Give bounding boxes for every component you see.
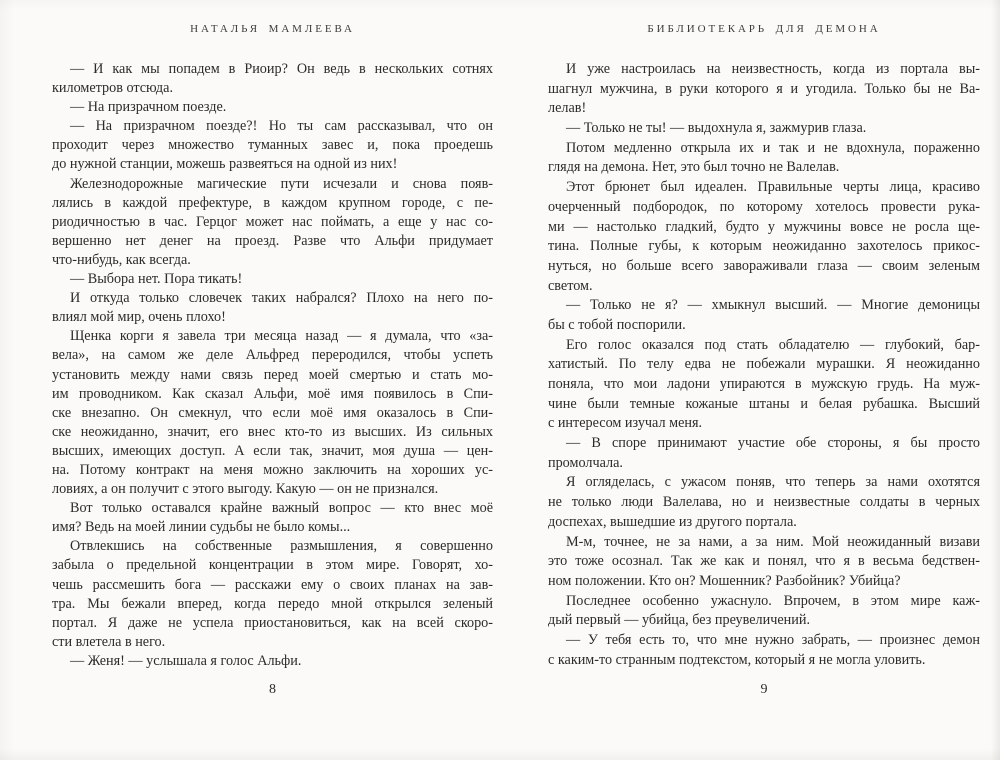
paragraph: Последнее особенно ужаснуло. Впрочем, в … (548, 592, 980, 631)
text-line: риодичностью в час. Герцог может нас пой… (52, 213, 493, 232)
text-line: вершенно нет денег на проезд. Разве что … (52, 232, 493, 251)
text-line: хатистый. По телу едва не побежали мураш… (548, 355, 980, 375)
text-line: Я огляделась, с ужасом поняв, что теперь… (548, 473, 980, 493)
running-header-title: БИБЛИОТЕКАРЬ ДЛЯ ДЕМОНА (548, 22, 980, 36)
paragraph: — Женя! — услышала я голос Альфи. (52, 652, 493, 671)
paragraph: Этот брюнет был идеален. Правильные черт… (548, 178, 980, 296)
paragraph: И откуда только словечек таких набрался?… (52, 289, 493, 327)
page-right: БИБЛИОТЕКАРЬ ДЛЯ ДЕМОНА И уже настроилас… (548, 0, 980, 760)
text-line: вела», на самом же деле Альфред перероди… (52, 346, 493, 365)
text-line: шагнул мужчина, в руки которого я и угод… (548, 80, 980, 100)
paragraph: Вот только оставался крайне важный вопро… (52, 499, 493, 537)
paragraph: — На призрачном поезде. (52, 98, 493, 117)
text-line: очерченный подбородок, по которому хотел… (548, 198, 980, 218)
text-line: — На призрачном поезде?! Но ты сам расск… (52, 117, 493, 136)
text-line: Этот брюнет был идеален. Правильные черт… (548, 178, 980, 198)
text-line: — У тебя есть то, что мне нужно забрать,… (548, 631, 980, 651)
paragraph: Щенка корги я завела три месяца назад — … (52, 327, 493, 499)
paragraph: — На призрачном поезде?! Но ты сам расск… (52, 117, 493, 174)
text-line: — И как мы попадем в Риоир? Он ведь в не… (52, 60, 493, 79)
paragraph: Его голос оказался под стать обладателю … (548, 336, 980, 434)
text-line: Вот только оставался крайне важный вопро… (52, 499, 493, 518)
paragraph: — У тебя есть то, что мне нужно забрать,… (548, 631, 980, 670)
text-line: на. Потому контракт на меня можно заключ… (52, 461, 493, 480)
text-line: высших, имеющих доступ. А если так, знач… (52, 442, 493, 461)
text-line: лелав! (548, 99, 980, 119)
text-line: — На призрачном поезде. (52, 98, 493, 117)
text-line: Потом медленно открыла их и так и не вдо… (548, 139, 980, 159)
text-line: лялись в каждой префектуре, в каждом кру… (52, 194, 493, 213)
text-line: Отвлекшись на собственные размышления, я… (52, 537, 493, 556)
paragraph: И уже настроилась на неизвестность, когд… (548, 60, 980, 119)
text-line: — Выбора нет. Пора тикать! (52, 270, 493, 289)
text-line: им проводником. Как сказал Альфи, моё им… (52, 385, 493, 404)
text-line: имя? Ведь на моей линии судьбы не было к… (52, 518, 493, 537)
text-line: нуться, но больше всего завораживали гла… (548, 257, 980, 277)
paragraph: — И как мы попадем в Риоир? Он ведь в не… (52, 60, 493, 98)
text-line: Последнее особенно ужаснуло. Впрочем, в … (548, 592, 980, 612)
text-line: влиял мой мир, очень плохо! (52, 308, 493, 327)
text-line: ловиях, а он получит с этого выгоду. Как… (52, 480, 493, 499)
text-line: М-м, точнее, не за нами, а за ним. Мой н… (548, 533, 980, 553)
paragraph: М-м, точнее, не за нами, а за ним. Мой н… (548, 533, 980, 592)
paragraph: — Только не я? — хмыкнул высший. — Многи… (548, 296, 980, 335)
page-number-left: 8 (52, 681, 493, 699)
text-line: бы с тобой поспорили. (548, 316, 980, 336)
text-line: поняла, что мои ладони упираются в мужск… (548, 375, 980, 395)
text-line: ске неожиданно, значит, его внес кто-то … (52, 423, 493, 442)
text-line: промолчала. (548, 454, 980, 474)
paragraph: Железнодорожные магические пути исчезали… (52, 175, 493, 270)
text-line: Щенка корги я завела три месяца назад — … (52, 327, 493, 346)
text-line: установить между нами связь перед моей с… (52, 366, 493, 385)
running-header-author: НАТАЛЬЯ МАМЛЕЕВА (52, 22, 493, 36)
paragraph: — Выбора нет. Пора тикать! (52, 270, 493, 289)
text-line: Железнодорожные магические пути исчезали… (52, 175, 493, 194)
page-left-body-text: — И как мы попадем в Риоир? Он ведь в не… (52, 60, 493, 671)
text-line: светом. (548, 277, 980, 297)
page-number-right: 9 (548, 681, 980, 699)
page-right-body-text: И уже настроилась на неизвестность, когд… (548, 60, 980, 670)
text-line: до нужной станции, можешь развеяться на … (52, 155, 493, 174)
text-line: тра. Мы бежали вперед, когда передо мной… (52, 595, 493, 614)
paragraph: Я огляделась, с ужасом поняв, что теперь… (548, 473, 980, 532)
text-line: тина. Полные губы, к которым неожиданно … (548, 237, 980, 257)
text-line: — Только не ты! — выдохнула я, зажмурив … (548, 119, 980, 139)
paragraph: — В споре принимают участие обе стороны,… (548, 434, 980, 473)
text-line: чешь рассмешить бога — расскажи ему о св… (52, 576, 493, 595)
text-line: с каким-то странным подтекстом, который … (548, 651, 980, 671)
text-line: чине были темные кожаные штаны и белая р… (548, 395, 980, 415)
paragraph: Отвлекшись на собственные размышления, я… (52, 537, 493, 652)
text-line: глядя на демона. Нет, это был точно не В… (548, 158, 980, 178)
text-line: с интересом изучал меня. (548, 414, 980, 434)
text-line: километров отсюда. (52, 79, 493, 98)
text-line: И откуда только словечек таких набрался?… (52, 289, 493, 308)
page-left: НАТАЛЬЯ МАМЛЕЕВА — И как мы попадем в Ри… (52, 0, 493, 760)
text-line: это тоже осознал. Так же как и понял, чт… (548, 552, 980, 572)
text-line: забыла о предельной концентрации в этом … (52, 556, 493, 575)
text-line: сти влетела в него. (52, 633, 493, 652)
text-line: проходит через множество туманных завес … (52, 136, 493, 155)
text-line: — В споре принимают участие обе стороны,… (548, 434, 980, 454)
text-line: доспехах, вышедшие из другого портала. (548, 513, 980, 533)
text-line: дый первый — убийца, без преувеличений. (548, 611, 980, 631)
paragraph: — Только не ты! — выдохнула я, зажмурив … (548, 119, 980, 139)
text-line: И уже настроилась на неизвестность, когд… (548, 60, 980, 80)
text-line: ми — настолько гладкий, будто у мужчины … (548, 218, 980, 238)
text-line: Его голос оказался под стать обладателю … (548, 336, 980, 356)
paragraph: Потом медленно открыла их и так и не вдо… (548, 139, 980, 178)
text-line: не только люди Валелава, но и неизвестны… (548, 493, 980, 513)
text-line: ном положении. Кто он? Мошенник? Разбойн… (548, 572, 980, 592)
text-line: портал. Я даже не успела приостановиться… (52, 614, 493, 633)
text-line: что-нибудь, как всегда. (52, 251, 493, 270)
text-line: — Женя! — услышала я голос Альфи. (52, 652, 493, 671)
text-line: — Только не я? — хмыкнул высший. — Многи… (548, 296, 980, 316)
text-line: ске внезапно. Он смекнул, что если моё и… (52, 404, 493, 423)
